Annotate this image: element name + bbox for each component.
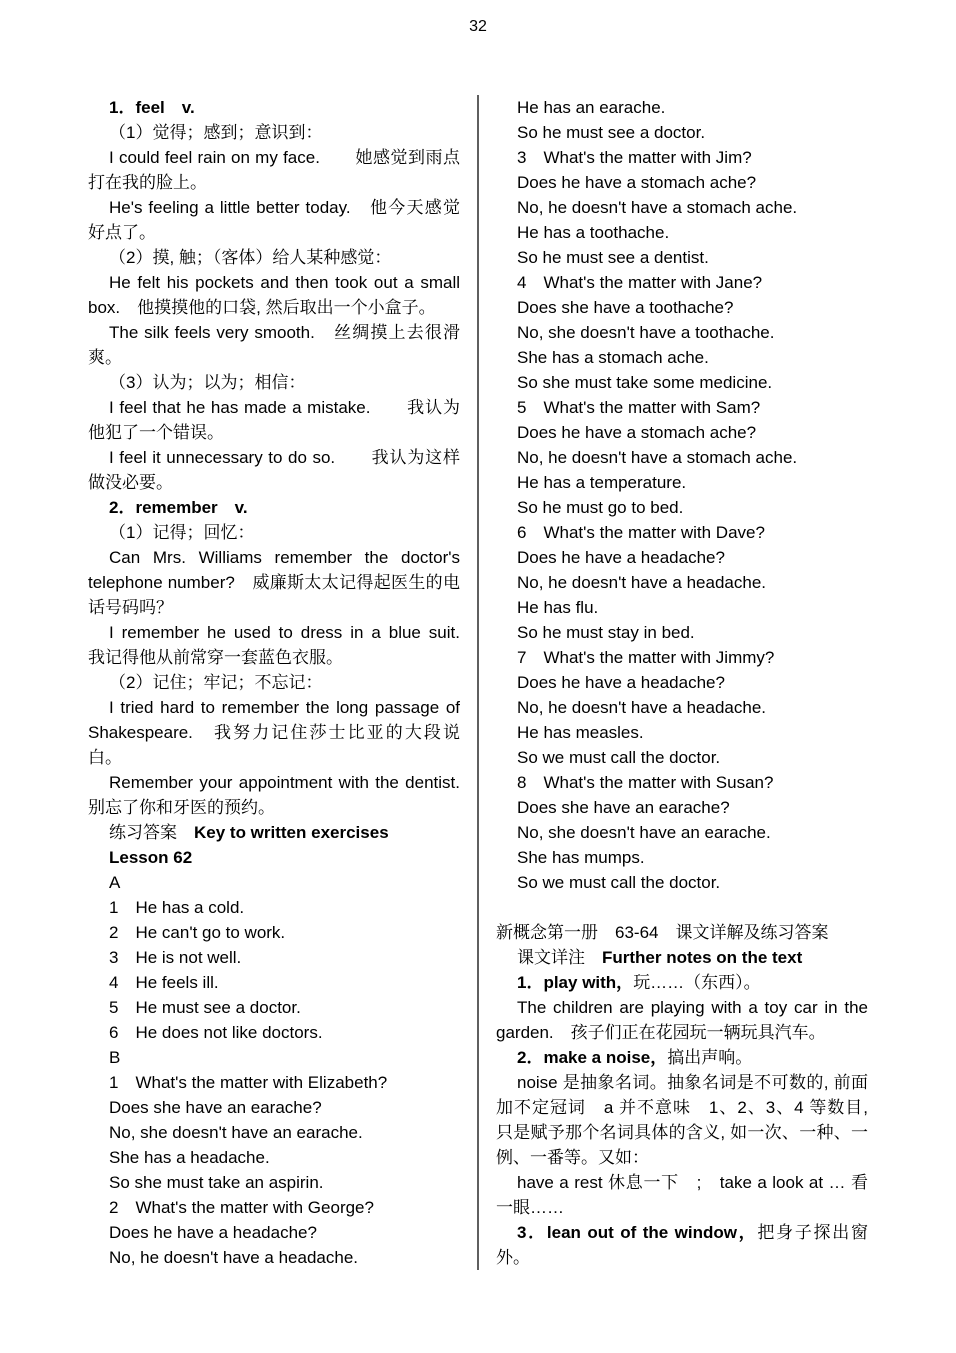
example: I tried hard to remember the long passag…: [88, 695, 460, 770]
text: I remember he used to dress in a blue su…: [88, 623, 494, 667]
answer-line: 1 What's the matter with Elizabeth?: [88, 1070, 460, 1095]
text: Remember your appointment with the denti…: [88, 773, 494, 817]
bold-text: Lesson 62: [109, 848, 192, 867]
text: A: [109, 873, 120, 892]
text: He has flu.: [517, 598, 598, 617]
answer-line: She has mumps.: [496, 845, 868, 870]
two-column-layout: 1．feel v.（1）觉得；感到；意识到：I could feel rain …: [88, 95, 868, 1270]
text: So we must call the doctor.: [517, 873, 720, 892]
answer-line: So he must go to bed.: [496, 495, 868, 520]
text: Can Mrs. Williams remember the doctor's …: [88, 548, 460, 617]
answer-line: Does she have an earache?: [496, 795, 868, 820]
text: Does he have a headache?: [517, 548, 725, 567]
answer-line: He has an earache.: [496, 95, 868, 120]
text: I feel it unnecessary to do so. 我认为这样做没必…: [88, 448, 460, 492]
text: No, she doesn't have an earache.: [109, 1123, 363, 1142]
text: 8 What's the matter with Susan?: [517, 773, 773, 792]
answer-line: 1 He has a cold.: [88, 895, 460, 920]
text: Does he have a headache?: [517, 673, 725, 692]
answer-line: She has a headache.: [88, 1145, 460, 1170]
text: So he must stay in bed.: [517, 623, 695, 642]
text: Does she have a toothache?: [517, 298, 733, 317]
text: She has a headache.: [109, 1148, 270, 1167]
answer-line: No, he doesn't have a headache.: [496, 695, 868, 720]
text: have a rest 休息一下 ; take a look at … 看一眼……: [496, 1173, 868, 1217]
bold-text: 1．play with，: [517, 973, 633, 992]
text: 5 He must see a doctor.: [109, 998, 301, 1017]
example: Can Mrs. Williams remember the doctor's …: [88, 545, 460, 620]
answer-line: No, he doesn't have a headache.: [88, 1245, 460, 1270]
text: 2 He can't go to work.: [109, 923, 285, 942]
heading-remember: 2．remember v.: [88, 495, 460, 520]
answer-line: 7 What's the matter with Jimmy?: [496, 645, 868, 670]
answer-line: So she must take some medicine.: [496, 370, 868, 395]
answer-line: He has a temperature.: [496, 470, 868, 495]
text: 课文详注: [517, 948, 602, 967]
text: No, he doesn't have a stomach ache.: [517, 198, 797, 217]
text: Does he have a stomach ache?: [517, 423, 756, 442]
answer-line: So she must take an aspirin.: [88, 1170, 460, 1195]
text: 1 He has a cold.: [109, 898, 244, 917]
text: 1 What's the matter with Elizabeth?: [109, 1073, 387, 1092]
text: 搞出声响。: [667, 1048, 752, 1067]
example: He felt his pockets and then took out a …: [88, 270, 460, 320]
text: He has measles.: [517, 723, 644, 742]
answer-line: No, he doesn't have a headache.: [496, 570, 868, 595]
sense-item: （1）记得；回忆：: [88, 520, 460, 545]
answer-line: 4 What's the matter with Jane?: [496, 270, 868, 295]
text: No, he doesn't have a headache.: [109, 1248, 358, 1267]
text: （1）记得；回忆：: [109, 523, 254, 542]
note-body: noise 是抽象名词。抽象名词是不可数的, 前面加不定冠词 a 并不意味 1、…: [496, 1070, 868, 1170]
answer-line: So we must call the doctor.: [496, 745, 868, 770]
answer-line: 2 He can't go to work.: [88, 920, 460, 945]
bold-text: 1．feel v.: [109, 98, 195, 117]
example: I feel it unnecessary to do so. 我认为这样做没必…: [88, 445, 460, 495]
text: He felt his pockets and then took out a …: [88, 273, 460, 317]
text: No, he doesn't have a stomach ache.: [517, 448, 797, 467]
text: So he must see a doctor.: [517, 123, 705, 142]
heading-feel: 1．feel v.: [88, 95, 460, 120]
text: No, she doesn't have a toothache.: [517, 323, 774, 342]
section-heading: 新概念第一册 63-64 课文详解及练习答案: [496, 920, 868, 945]
text: 练习答案: [109, 823, 194, 842]
text: He's feeling a little better today. 他今天感…: [88, 198, 460, 242]
text: Does he have a headache?: [109, 1223, 317, 1242]
text: So she must take an aspirin.: [109, 1173, 324, 1192]
text: So he must go to bed.: [517, 498, 683, 517]
text: No, he doesn't have a headache.: [517, 698, 766, 717]
text: 4 What's the matter with Jane?: [517, 273, 762, 292]
text: 6 What's the matter with Dave?: [517, 523, 765, 542]
exercise-letter: A: [88, 870, 460, 895]
text: 2 What's the matter with George?: [109, 1198, 374, 1217]
exercise-letter: B: [88, 1045, 460, 1070]
answer-line: He has a toothache.: [496, 220, 868, 245]
answer-line: No, he doesn't have a stomach ache.: [496, 445, 868, 470]
answer-line: 8 What's the matter with Susan?: [496, 770, 868, 795]
sense-item: （2）摸, 触；（客体）给人某种感觉：: [88, 245, 460, 270]
text: （2）记住；牢记；不忘记：: [109, 673, 322, 692]
text: The children are playing with a toy car …: [496, 998, 868, 1042]
sense-item: （1）觉得；感到；意识到：: [88, 120, 460, 145]
answer-line: 4 He feels ill.: [88, 970, 460, 995]
answer-line: Does he have a headache?: [88, 1220, 460, 1245]
example: Remember your appointment with the denti…: [88, 770, 460, 820]
text: So she must take some medicine.: [517, 373, 772, 392]
answer-line: Does he have a headache?: [496, 670, 868, 695]
text: （2）摸, 触；（客体）给人某种感觉：: [109, 248, 391, 267]
text: 玩……（东西）。: [633, 973, 761, 992]
bold-text: Further notes on the text: [602, 948, 802, 967]
answer-line: So he must see a doctor.: [496, 120, 868, 145]
text: I tried hard to remember the long passag…: [88, 698, 460, 767]
text: Does he have a stomach ache?: [517, 173, 756, 192]
answer-line: No, she doesn't have a toothache.: [496, 320, 868, 345]
answer-line: So he must see a dentist.: [496, 245, 868, 270]
document-page: 32 1．feel v.（1）觉得；感到；意识到：I could feel ra…: [0, 0, 956, 1353]
example: I remember he used to dress in a blue su…: [88, 620, 460, 670]
bold-text: Key to written exercises: [194, 823, 389, 842]
answer-line: 2 What's the matter with George?: [88, 1195, 460, 1220]
answer-line: 3 What's the matter with Jim?: [496, 145, 868, 170]
text: I feel that he has made a mistake. 我认为他犯…: [88, 398, 460, 442]
answer-line: Does she have a toothache?: [496, 295, 868, 320]
text: Does she have an earache?: [517, 798, 730, 817]
further-notes-heading: 课文详注 Further notes on the text: [496, 945, 868, 970]
example: He's feeling a little better today. 他今天感…: [88, 195, 460, 245]
text: I could feel rain on my face. 她感觉到雨点打在我的…: [88, 148, 460, 192]
text: （3）认为；以为；相信：: [109, 373, 305, 392]
answer-line: He has flu.: [496, 595, 868, 620]
bold-text: 3．lean out of the window，: [517, 1223, 757, 1242]
text: 5 What's the matter with Sam?: [517, 398, 760, 417]
text: 3 What's the matter with Jim?: [517, 148, 752, 167]
text: The silk feels very smooth. 丝绸摸上去很滑爽。: [88, 323, 460, 367]
answer-line: 3 He is not well.: [88, 945, 460, 970]
sense-item: （3）认为；以为；相信：: [88, 370, 460, 395]
answer-line: 6 He does not like doctors.: [88, 1020, 460, 1045]
answer-line: She has a stomach ache.: [496, 345, 868, 370]
answer-line: No, she doesn't have an earache.: [88, 1120, 460, 1145]
page-number: 32: [469, 18, 487, 35]
sense-item: （2）记住；牢记；不忘记：: [88, 670, 460, 695]
bold-text: 2．make a noise，: [517, 1048, 667, 1067]
answer-line: Does he have a stomach ache?: [496, 420, 868, 445]
note-heading: 2．make a noise，搞出声响。: [496, 1045, 868, 1070]
left-column: 1．feel v.（1）觉得；感到；意识到：I could feel rain …: [88, 95, 460, 1270]
page-header: 32: [0, 0, 956, 39]
key-heading: 练习答案 Key to written exercises: [88, 820, 460, 845]
right-column: He has an earache.So he must see a docto…: [496, 95, 868, 1270]
answer-line: Does he have a headache?: [496, 545, 868, 570]
answer-line: 5 He must see a doctor.: [88, 995, 460, 1020]
answer-line: So he must stay in bed.: [496, 620, 868, 645]
answer-line: He has measles.: [496, 720, 868, 745]
example: The silk feels very smooth. 丝绸摸上去很滑爽。: [88, 320, 460, 370]
answer-line: No, she doesn't have an earache.: [496, 820, 868, 845]
text: He has a temperature.: [517, 473, 686, 492]
text: （1）觉得；感到；意识到：: [109, 123, 322, 142]
answer-line: No, he doesn't have a stomach ache.: [496, 195, 868, 220]
text: She has mumps.: [517, 848, 645, 867]
example: I feel that he has made a mistake. 我认为他犯…: [88, 395, 460, 445]
text: No, she doesn't have an earache.: [517, 823, 771, 842]
text: 3 He is not well.: [109, 948, 241, 967]
text: So he must see a dentist.: [517, 248, 709, 267]
note-heading: 1．play with，玩……（东西）。: [496, 970, 868, 995]
text: Does she have an earache?: [109, 1098, 322, 1117]
text: 新概念第一册 63-64 课文详解及练习答案: [496, 923, 828, 942]
example: The children are playing with a toy car …: [496, 995, 868, 1045]
text: B: [109, 1048, 120, 1067]
text: So we must call the doctor.: [517, 748, 720, 767]
column-divider: [477, 95, 479, 1270]
text: She has a stomach ache.: [517, 348, 709, 367]
note-heading: 3．lean out of the window，把身子探出窗外。: [496, 1220, 868, 1270]
example: I could feel rain on my face. 她感觉到雨点打在我的…: [88, 145, 460, 195]
answer-line: 5 What's the matter with Sam?: [496, 395, 868, 420]
text: 4 He feels ill.: [109, 973, 219, 992]
text: 7 What's the matter with Jimmy?: [517, 648, 774, 667]
text: 6 He does not like doctors.: [109, 1023, 323, 1042]
answer-line: So we must call the doctor.: [496, 870, 868, 895]
bold-text: 2．remember v.: [109, 498, 248, 517]
text: He has a toothache.: [517, 223, 669, 242]
answer-line: Does she have an earache?: [88, 1095, 460, 1120]
answer-line: 6 What's the matter with Dave?: [496, 520, 868, 545]
lesson-heading: Lesson 62: [88, 845, 460, 870]
answer-line: Does he have a stomach ache?: [496, 170, 868, 195]
text: He has an earache.: [517, 98, 665, 117]
text: No, he doesn't have a headache.: [517, 573, 766, 592]
text: noise 是抽象名词。抽象名词是不可数的, 前面加不定冠词 a 并不意味 1、…: [496, 1073, 868, 1167]
example: have a rest 休息一下 ; take a look at … 看一眼……: [496, 1170, 868, 1220]
